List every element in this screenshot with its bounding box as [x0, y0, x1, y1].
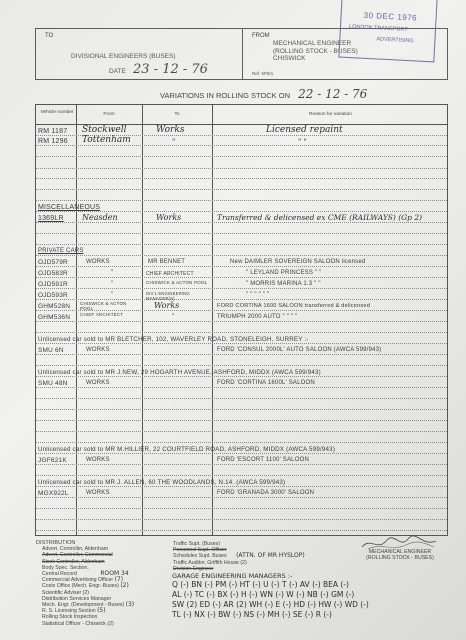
- signature-title: MECHANICAL ENGINEER (ROLLING STOCK - BUS…: [350, 549, 450, 561]
- section-heading-miscellaneous: MISCELLANEOUS: [38, 203, 100, 212]
- garage-engineering-managers: GARAGE ENGINEERING MANAGERS :- Q (-) BN …: [172, 572, 369, 620]
- from-cell: Neasden: [82, 213, 118, 222]
- reason-cell: FORD CORTINA 1600 SALOON transferred & d…: [217, 302, 370, 311]
- handwritten-note: (5): [97, 607, 106, 614]
- vehicle-number: OJD593R: [38, 291, 68, 300]
- sale-note: Unlicensed car sold to MR J.NEW, 29 HOGA…: [38, 368, 321, 377]
- vehicle-number: OJD583R: [38, 269, 68, 278]
- vehicle-number: SMU 6N: [38, 346, 64, 355]
- gem-row: Q (-) BN (-) PM (-) HT (-) U (-) T (-) A…: [172, 580, 369, 590]
- from-cell: CHIEF ARCHITECT: [80, 313, 140, 318]
- to-cell: ": [172, 313, 174, 322]
- row-rule: [36, 442, 447, 443]
- reason-cell: " ": [298, 138, 307, 147]
- stamp-department: ADVERTISING: [376, 36, 413, 44]
- from-label: FROM: [252, 33, 270, 39]
- header-from: From: [76, 112, 142, 117]
- from-cell: WORKS: [86, 258, 110, 267]
- header-to: To: [142, 112, 212, 117]
- reason-cell: FORD 'ESCORT 1100' SALOON: [217, 456, 309, 465]
- to-section: TO DIVISIONAL ENGINEERS (BUSES) DATE 23 …: [36, 29, 243, 79]
- from-cell: CHISWICK & ACTON POOL: [80, 302, 140, 311]
- reason-cell: " " " " " ": [246, 291, 269, 300]
- document-page: TO DIVISIONAL ENGINEERS (BUSES) DATE 23 …: [0, 0, 466, 640]
- row-rule: [36, 244, 447, 245]
- row-rule: [36, 168, 447, 169]
- row-rule: [36, 277, 447, 278]
- gem-row: SW (2) ED (-) AR (2) WH (-) E (-) HD (-)…: [172, 600, 369, 610]
- header-vehicle-number: Vehicle number: [40, 110, 74, 115]
- header-reason: Reason for variation: [212, 112, 449, 117]
- row-rule: [36, 420, 447, 421]
- distribution-item: Schedules Supt. Buses (ATTN. OF MR HYSLO…: [173, 553, 305, 559]
- from-cell: WORKS: [86, 346, 110, 355]
- vehicle-number: JGF621K: [38, 456, 67, 465]
- sale-note: Unlicensed car sold to MR M.HILLIER, 22 …: [38, 445, 335, 454]
- handwritten-note: (ATTN. OF MR HYSLOP): [236, 552, 305, 559]
- row-rule: [36, 332, 447, 333]
- from-cell: ": [111, 291, 113, 300]
- row-rule: [36, 519, 447, 520]
- vehicle-number: OJD579R: [38, 258, 68, 267]
- row-rule: [36, 189, 447, 190]
- vehicle-number: RM 1296: [38, 137, 68, 146]
- variations-table: Vehicle number From To Reason for variat…: [35, 104, 448, 536]
- row-rule: [36, 145, 447, 146]
- distribution-list: DISTRIBUTION Advert. Controller, Aldenha…: [36, 540, 134, 627]
- reason-cell: " MORRIS MARINA 1.3 " ": [246, 280, 321, 289]
- reason-cell: New DAIMLER SOVEREIGN SALOON licensed: [230, 258, 365, 267]
- from-cell: WORKS: [86, 489, 110, 498]
- vehicle-number: SMU 48N: [38, 379, 68, 388]
- distribution-item-text: R. S. Licensing Section: [42, 608, 96, 614]
- row-rule: [36, 475, 447, 476]
- sale-note: Unlicensed car sold to MR J. ALLEN, 60 T…: [38, 478, 285, 487]
- gem-heading: GARAGE ENGINEERING MANAGERS :-: [172, 572, 369, 580]
- reason-cell: TRIUMPH 2000 AUTO " " " ": [217, 313, 297, 322]
- to-cell: DIV'L ENGINEERING MANAGER(S): [146, 292, 208, 301]
- from-cell: Tottenham: [82, 136, 131, 145]
- distribution-list-right: Traffic Supt. (Buses) Personnel Supt. Of…: [173, 541, 305, 572]
- row-rule: [36, 255, 447, 256]
- row-rule: [36, 200, 447, 201]
- column-divider: [142, 105, 143, 535]
- handwritten-note: (3): [126, 601, 135, 608]
- section-heading-private-cars: PRIVATE CARS: [38, 247, 84, 256]
- row-rule: [36, 222, 447, 223]
- row-rule: [36, 508, 447, 509]
- vehicle-number: MGX922L: [38, 489, 69, 498]
- date-value: 23 - 12 - 76: [133, 62, 208, 77]
- row-rule: [36, 409, 447, 410]
- to-recipient: DIVISIONAL ENGINEERS (BUSES): [71, 53, 176, 60]
- row-rule: [36, 398, 447, 399]
- to-cell: MR BENNET: [148, 258, 185, 267]
- sale-note: Unlicensed car sold to MR BLETCHER, 102,…: [38, 335, 309, 344]
- distribution-item-text: Schedules Supt. Buses: [173, 553, 227, 559]
- reason-cell: FORD 'GRANADA 3000' SALOON: [217, 489, 314, 498]
- vehicle-number: 1369LR: [38, 214, 64, 223]
- row-rule: [36, 299, 447, 300]
- column-divider: [76, 105, 77, 535]
- title-date: 22 - 12 - 76: [298, 87, 367, 101]
- vehicle-number: OJD591R: [38, 280, 68, 289]
- from-cell: ": [111, 280, 113, 289]
- handwritten-note: (2): [120, 582, 129, 589]
- table-header: Vehicle number From To Reason for variat…: [36, 105, 447, 125]
- row-rule: [36, 530, 447, 531]
- stamp-date: 30 DEC 1976: [363, 11, 417, 23]
- reason-cell: FORD 'CORTINA 1600L' SALOON: [217, 379, 315, 388]
- row-rule: [36, 156, 447, 157]
- reason-cell: Transferred & delicensed ex CME (RAILWAY…: [217, 213, 422, 222]
- row-rule: [36, 233, 447, 234]
- reason-cell: FORD 'CONSUL 2000L' AUTO SALOON (AWCA 59…: [217, 346, 381, 355]
- stamp-organisation: LONDON TRANSPORT: [349, 24, 408, 33]
- to-cell: CHISWICK & ACTON POOL: [146, 281, 208, 286]
- row-rule: [36, 431, 447, 432]
- to-label: TO: [45, 33, 53, 39]
- gem-row: TL (-) NX (-) BW (-) NS (-) MH (-) SE (-…: [172, 610, 369, 620]
- vehicle-number: RM 1187: [38, 127, 67, 136]
- distribution-item: Costs Office (Mech. Engr.-Buses) (2): [42, 583, 134, 589]
- title-text: VARIATIONS IN ROLLING STOCK ON: [160, 91, 290, 100]
- gem-row: AL (-) TC (-) BX (-) H (-) WN (-) W (-) …: [172, 590, 369, 600]
- to-cell: Works: [156, 126, 184, 135]
- distribution-item: Statistical Officer - Chiswick (2): [42, 621, 134, 627]
- document-title: VARIATIONS IN ROLLING STOCK ON 22 - 12 -…: [160, 87, 367, 101]
- reason-cell: Licensed repaint: [266, 126, 343, 135]
- to-cell: CHIEF ARCHITECT: [146, 272, 194, 277]
- column-divider: [212, 105, 213, 535]
- to-cell: Works: [156, 213, 181, 222]
- from-cell: Stockwell: [82, 126, 126, 135]
- row-rule: [36, 178, 447, 179]
- row-rule: [36, 365, 447, 366]
- vehicle-number: GHM536N: [38, 313, 70, 322]
- reason-cell: " LEYLAND PRINCESS " ": [246, 269, 321, 278]
- from-cell: WORKS: [86, 379, 110, 388]
- from-cell: ": [111, 269, 113, 278]
- date-label: DATE: [109, 68, 126, 75]
- row-rule: [36, 288, 447, 289]
- reference-number: Ref. 5P8/1: [252, 71, 273, 76]
- signature-line-2: (ROLLING STOCK - BUSES): [350, 555, 450, 561]
- distribution-item-text: Costs Office (Mech. Engr.-Buses): [42, 583, 119, 589]
- received-stamp: 30 DEC 1976 LONDON TRANSPORT ADVERTISING: [338, 0, 437, 62]
- vehicle-number: GHM528N: [38, 302, 70, 311]
- to-cell: Works: [154, 301, 179, 310]
- from-cell: WORKS: [86, 456, 110, 465]
- to-cell: ": [172, 138, 175, 147]
